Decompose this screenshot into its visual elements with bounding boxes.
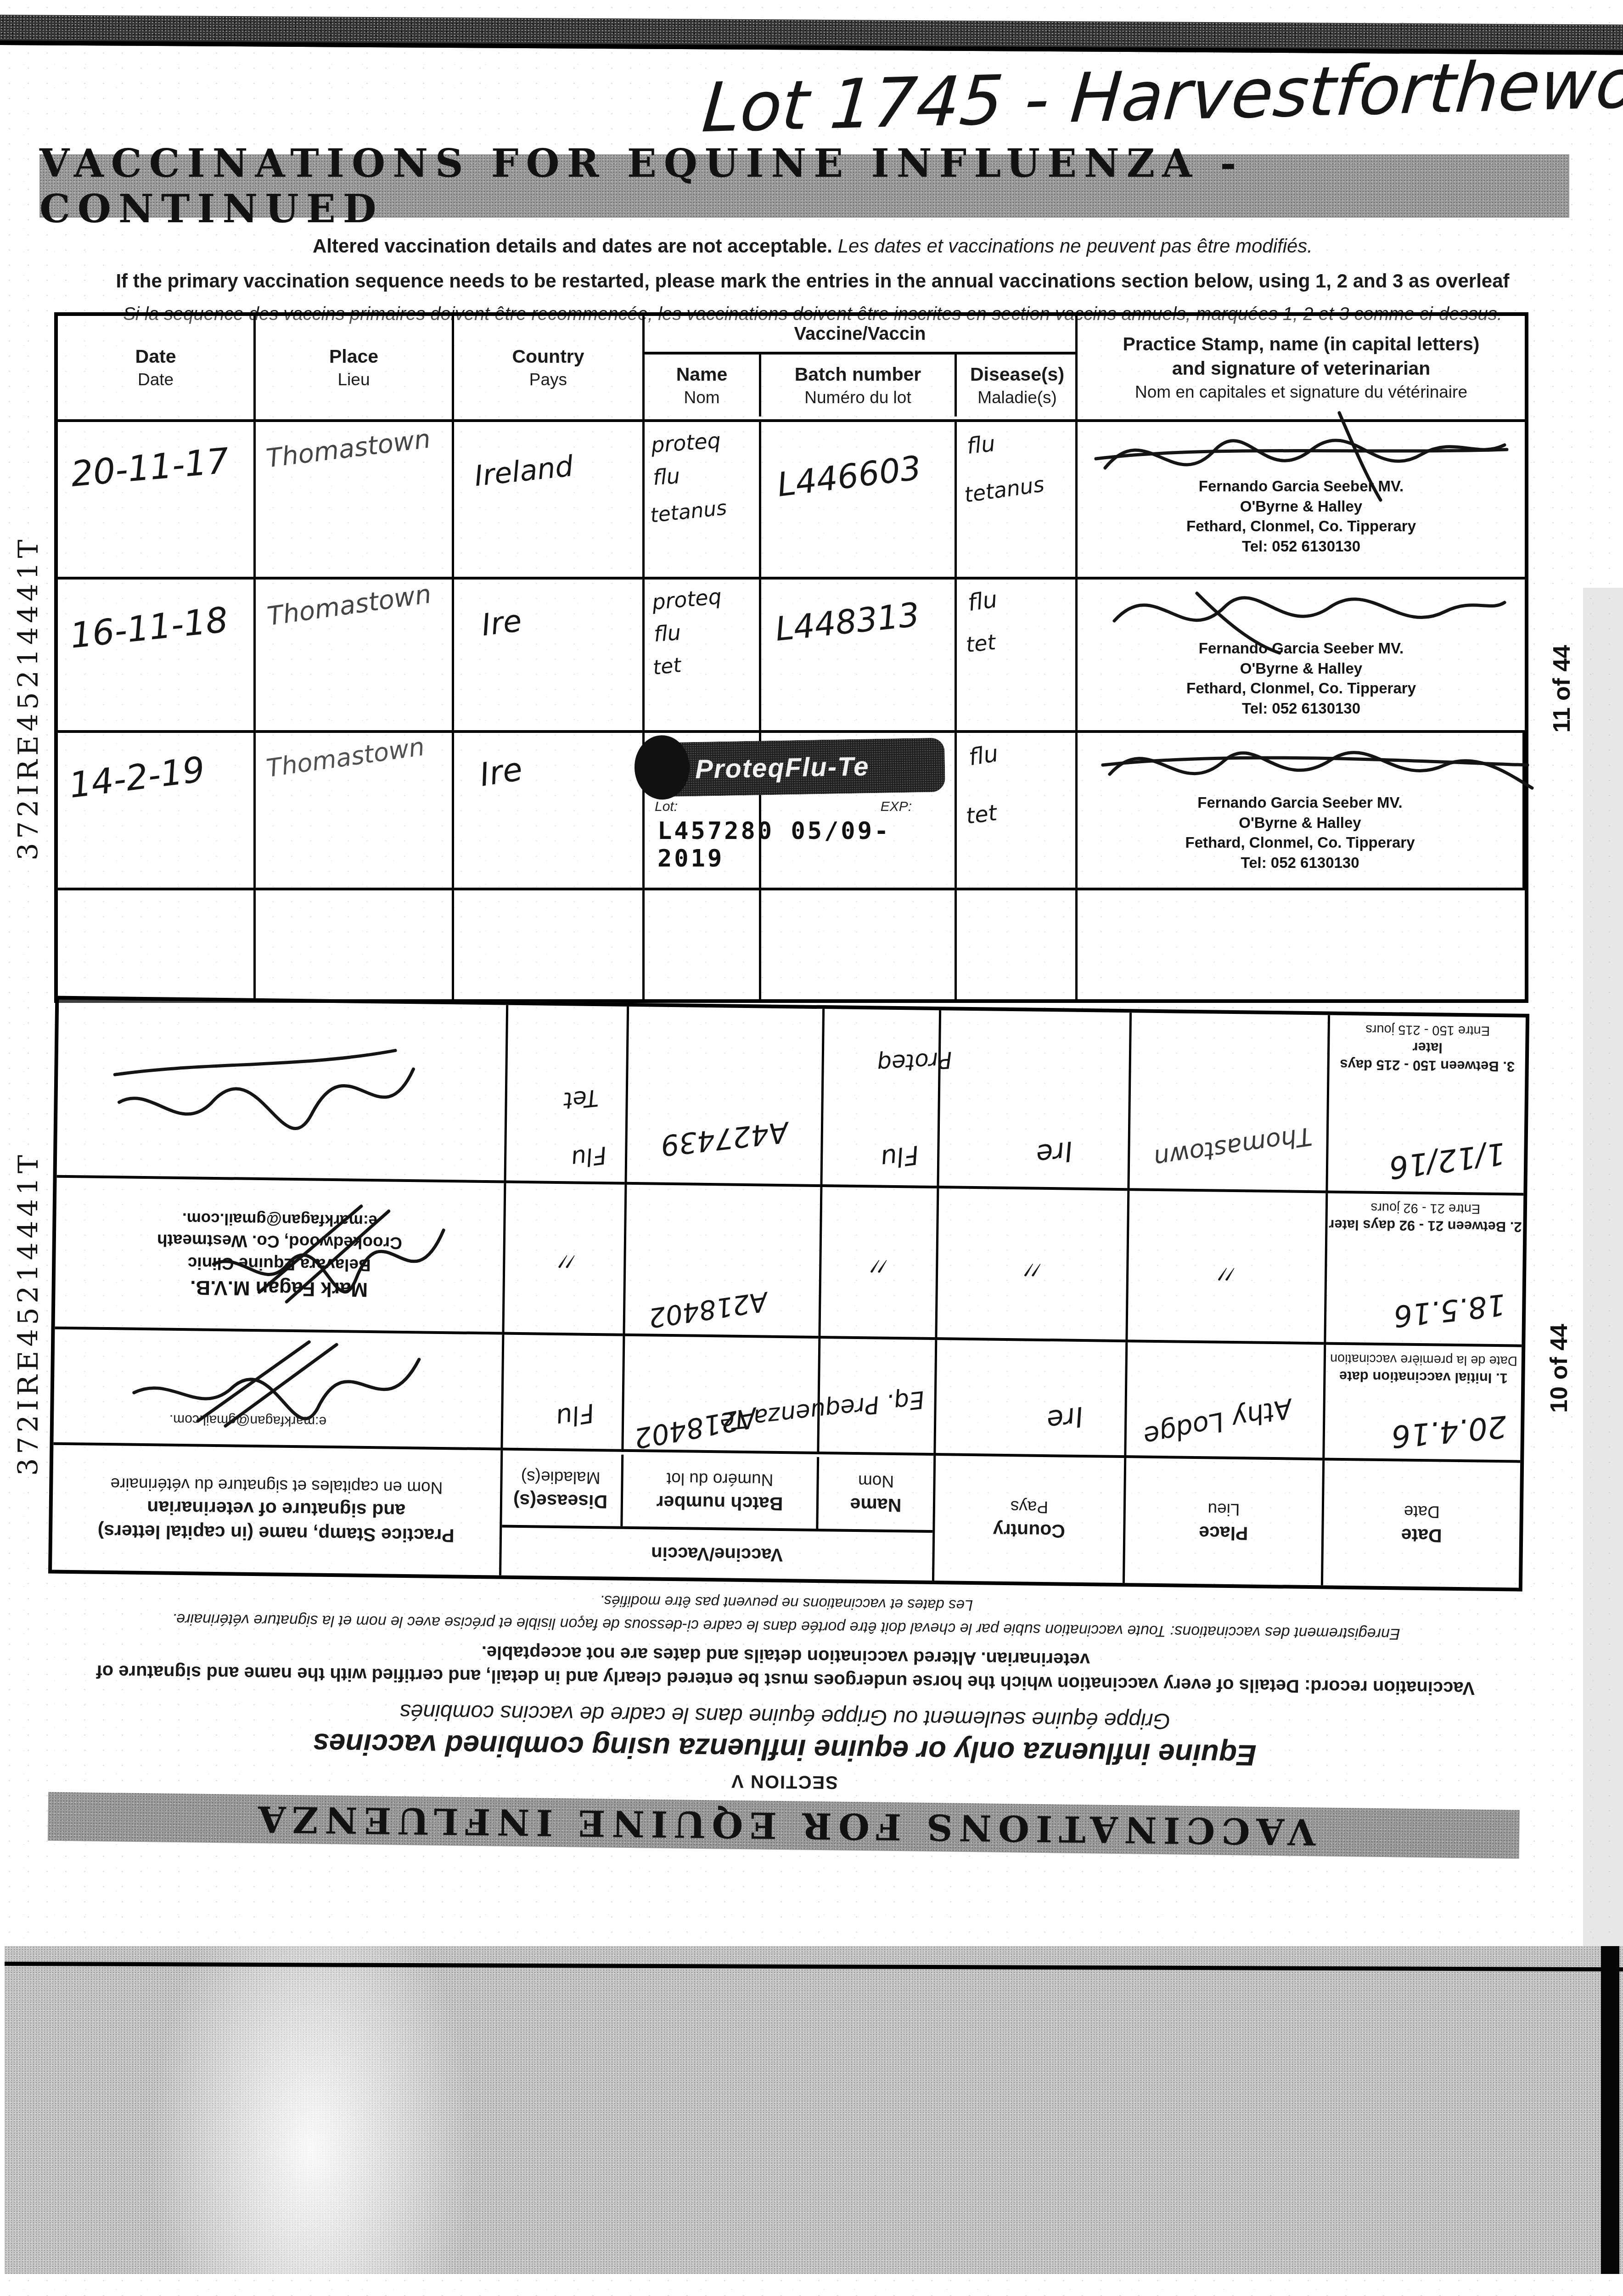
scan-noise-band-top	[0, 15, 1623, 55]
header-stamp: Practice Stamp, name (in capital letters…	[52, 1445, 500, 1575]
entry-date: 16-11-18	[68, 599, 230, 656]
header-vaccine: Vaccine/Vaccin	[645, 316, 1075, 355]
header-country: CountryPays	[932, 1456, 1124, 1583]
entry-date: 20.4.16	[1390, 1408, 1508, 1454]
flipped-vaccination-table: DateDate PlaceLieu CountryPays Vaccine/V…	[48, 996, 1529, 1591]
entry-disease: Flu	[554, 1397, 596, 1433]
table-row: 20.4.16 1. Initial vaccination dateDate …	[53, 1329, 1522, 1463]
header-vaccine-group: Vaccine/Vaccin NameNom Batch numberNumér…	[499, 1450, 933, 1581]
header-name: NameNom	[816, 1457, 933, 1530]
entry-place: Thomastown	[264, 424, 432, 473]
entry-place: Thomastown	[265, 579, 433, 631]
header-vaccine: Vaccine/Vaccin	[501, 1525, 932, 1580]
entry-disease: flu	[967, 740, 1000, 771]
header-place: PlaceLieu	[1123, 1458, 1322, 1585]
header-batch: Batch numberNuméro du lot	[761, 355, 957, 416]
document-code-lower: 372IRE45214441T	[12, 1151, 45, 1476]
header-place: PlaceLieu	[256, 316, 454, 419]
table-row: 14-2-19 Thomastown Ire flu tet Fernando …	[58, 730, 1525, 888]
practice-stamp: Fernando Garcia Seeber MV. O'Byrne & Hal…	[1153, 793, 1447, 872]
table-header: DateDate PlaceLieu CountryPays Vaccine/V…	[52, 1445, 1520, 1587]
entry-batch: L446603	[775, 448, 923, 504]
section-banner: VACCINATIONS FOR EQUINE INFLUENZA - CONT…	[39, 154, 1569, 218]
table-header: DateDate PlaceLieu CountryPays Vaccine/V…	[58, 316, 1525, 419]
vet-signature-icon	[109, 1029, 441, 1161]
entry-vaccine-name: proteq	[650, 428, 721, 457]
entry-disease: flu	[966, 586, 999, 616]
entry-batch: A427439	[659, 1115, 790, 1162]
entry-place: Thomastown	[1152, 1121, 1314, 1173]
scan-noise-band-bottom	[5, 1946, 1623, 2274]
header-vaccine-group: Vaccine/Vaccin NameNom Batch numberNumér…	[645, 316, 1078, 419]
document-code-upper: 372IRE45214441T	[12, 535, 45, 861]
entry-country-ditto: 〃	[1022, 1252, 1049, 1291]
header-country: CountryPays	[454, 316, 645, 419]
entry-country: Ireland	[473, 449, 575, 493]
row-label: 3. Between 150 - 215 days laterEntre 150…	[1330, 1020, 1526, 1075]
entry-vaccine-name: proteq	[651, 584, 723, 614]
entry-date: 1/12/16	[1387, 1136, 1507, 1186]
scan-line	[5, 1962, 1623, 1971]
header-disease: Disease(s)Maladie(s)	[500, 1453, 621, 1526]
table-row: 16-11-18 Thomastown Ire proteq flu tet L…	[58, 577, 1525, 730]
page-number-upper: 11 of 44	[1548, 645, 1576, 733]
entry-country: Ire	[480, 603, 524, 643]
entry-date: 20-11-17	[69, 440, 230, 495]
scan-edge-bar	[1601, 1946, 1619, 2274]
section-paragraph-en: Vaccination record: Details of every vac…	[62, 1635, 1509, 1700]
stamp-email: e:markfagan@gmail.com.	[169, 1412, 327, 1429]
proteqflu-logo: ProteqFlu-Te	[651, 737, 945, 797]
flipped-section-banner: VACCINATIONS FOR EQUINE INFLUENZA	[48, 1792, 1520, 1859]
practice-stamp: Fernando Garcia Seeber MV. O'Byrne & Hal…	[1154, 638, 1448, 718]
flipped-facing-page: VACCINATIONS FOR EQUINE INFLUENZA SECTIO…	[48, 996, 1529, 1858]
section-banner-label: VACCINATIONS FOR EQUINE INFLUENZA - CONT…	[39, 141, 1569, 231]
header-name: NameNom	[645, 355, 761, 416]
page-number-lower: 10 of 44	[1545, 1324, 1573, 1413]
entry-batch: A218402	[646, 1285, 769, 1334]
entry-disease-ditto: 〃	[556, 1244, 583, 1283]
entry-name-ditto: 〃	[868, 1248, 895, 1287]
table-row: 1/12/16 3. Between 150 - 215 days laterE…	[57, 1000, 1526, 1196]
entry-vaccine-name: Flu	[879, 1139, 921, 1174]
entry-disease: Flu	[569, 1141, 608, 1172]
entry-country: Ire	[477, 750, 525, 793]
header-date: DateDate	[58, 316, 256, 419]
header-date: DateDate	[1321, 1460, 1520, 1587]
sticker-lot-value: L457280 05/09-2019	[657, 817, 945, 872]
instructions: Altered vaccination details and dates ar…	[69, 235, 1556, 325]
table-row: 20-11-17 Thomastown Ireland proteq flu t…	[58, 419, 1525, 577]
entry-country: Ire	[1034, 1135, 1074, 1171]
handwritten-lot-note: Lot 1745 - Harvestfortheworld	[700, 42, 1623, 148]
header-batch: Batch numberNuméro du lot	[620, 1455, 817, 1529]
scanned-passport-page: Lot 1745 - Harvestfortheworld VACCINATIO…	[0, 0, 1623, 2296]
entry-batch: L448313	[773, 595, 921, 648]
entry-disease: flu	[966, 431, 996, 459]
row-label: 1. Initial vaccination dateDate de la pr…	[1325, 1350, 1522, 1387]
entry-place: Thomastown	[264, 732, 426, 783]
flipped-banner-label: VACCINATIONS FOR EQUINE INFLUENZA	[252, 1798, 1316, 1852]
row-label: 2. Between 21 - 92 days laterEntre 21 - …	[1327, 1199, 1523, 1235]
flipped-section-intro: SECTION V Equine influenza only or equin…	[48, 1585, 1522, 1801]
sticker-lot-labels: Lot: EXP:	[655, 799, 912, 815]
header-stamp: Practice Stamp, name (in capital letters…	[1078, 316, 1525, 419]
entry-date: 18.5.16	[1392, 1287, 1507, 1333]
header-disease: Disease(s)Maladie(s)	[957, 355, 1078, 416]
entry-country: Ire	[1045, 1400, 1085, 1437]
practice-stamp: Fernando Garcia Seeber MV. O'Byrne & Hal…	[1154, 476, 1448, 556]
practice-stamp: Mark Fagan M.V.B. Belavara Equine Clinic…	[118, 1207, 440, 1303]
entry-date: 14-2-19	[67, 748, 207, 805]
scan-edge-strip	[1583, 588, 1623, 1946]
table-row-empty	[58, 888, 1525, 999]
table-row: 18.5.16 2. Between 21 - 92 days laterEnt…	[55, 1177, 1523, 1347]
instruction-line-2: If the primary vaccination sequence need…	[69, 270, 1556, 292]
entry-place-ditto: 〃	[1215, 1256, 1242, 1295]
entry-place: Athy Lodge	[1141, 1392, 1295, 1452]
vaccine-sticker: ProteqFlu-Te Lot: EXP: L457280 05/09-201…	[651, 740, 945, 872]
vaccination-table: DateDate PlaceLieu CountryPays Vaccine/V…	[54, 312, 1528, 1003]
instruction-line-1: Altered vaccination details and dates ar…	[69, 235, 1556, 257]
